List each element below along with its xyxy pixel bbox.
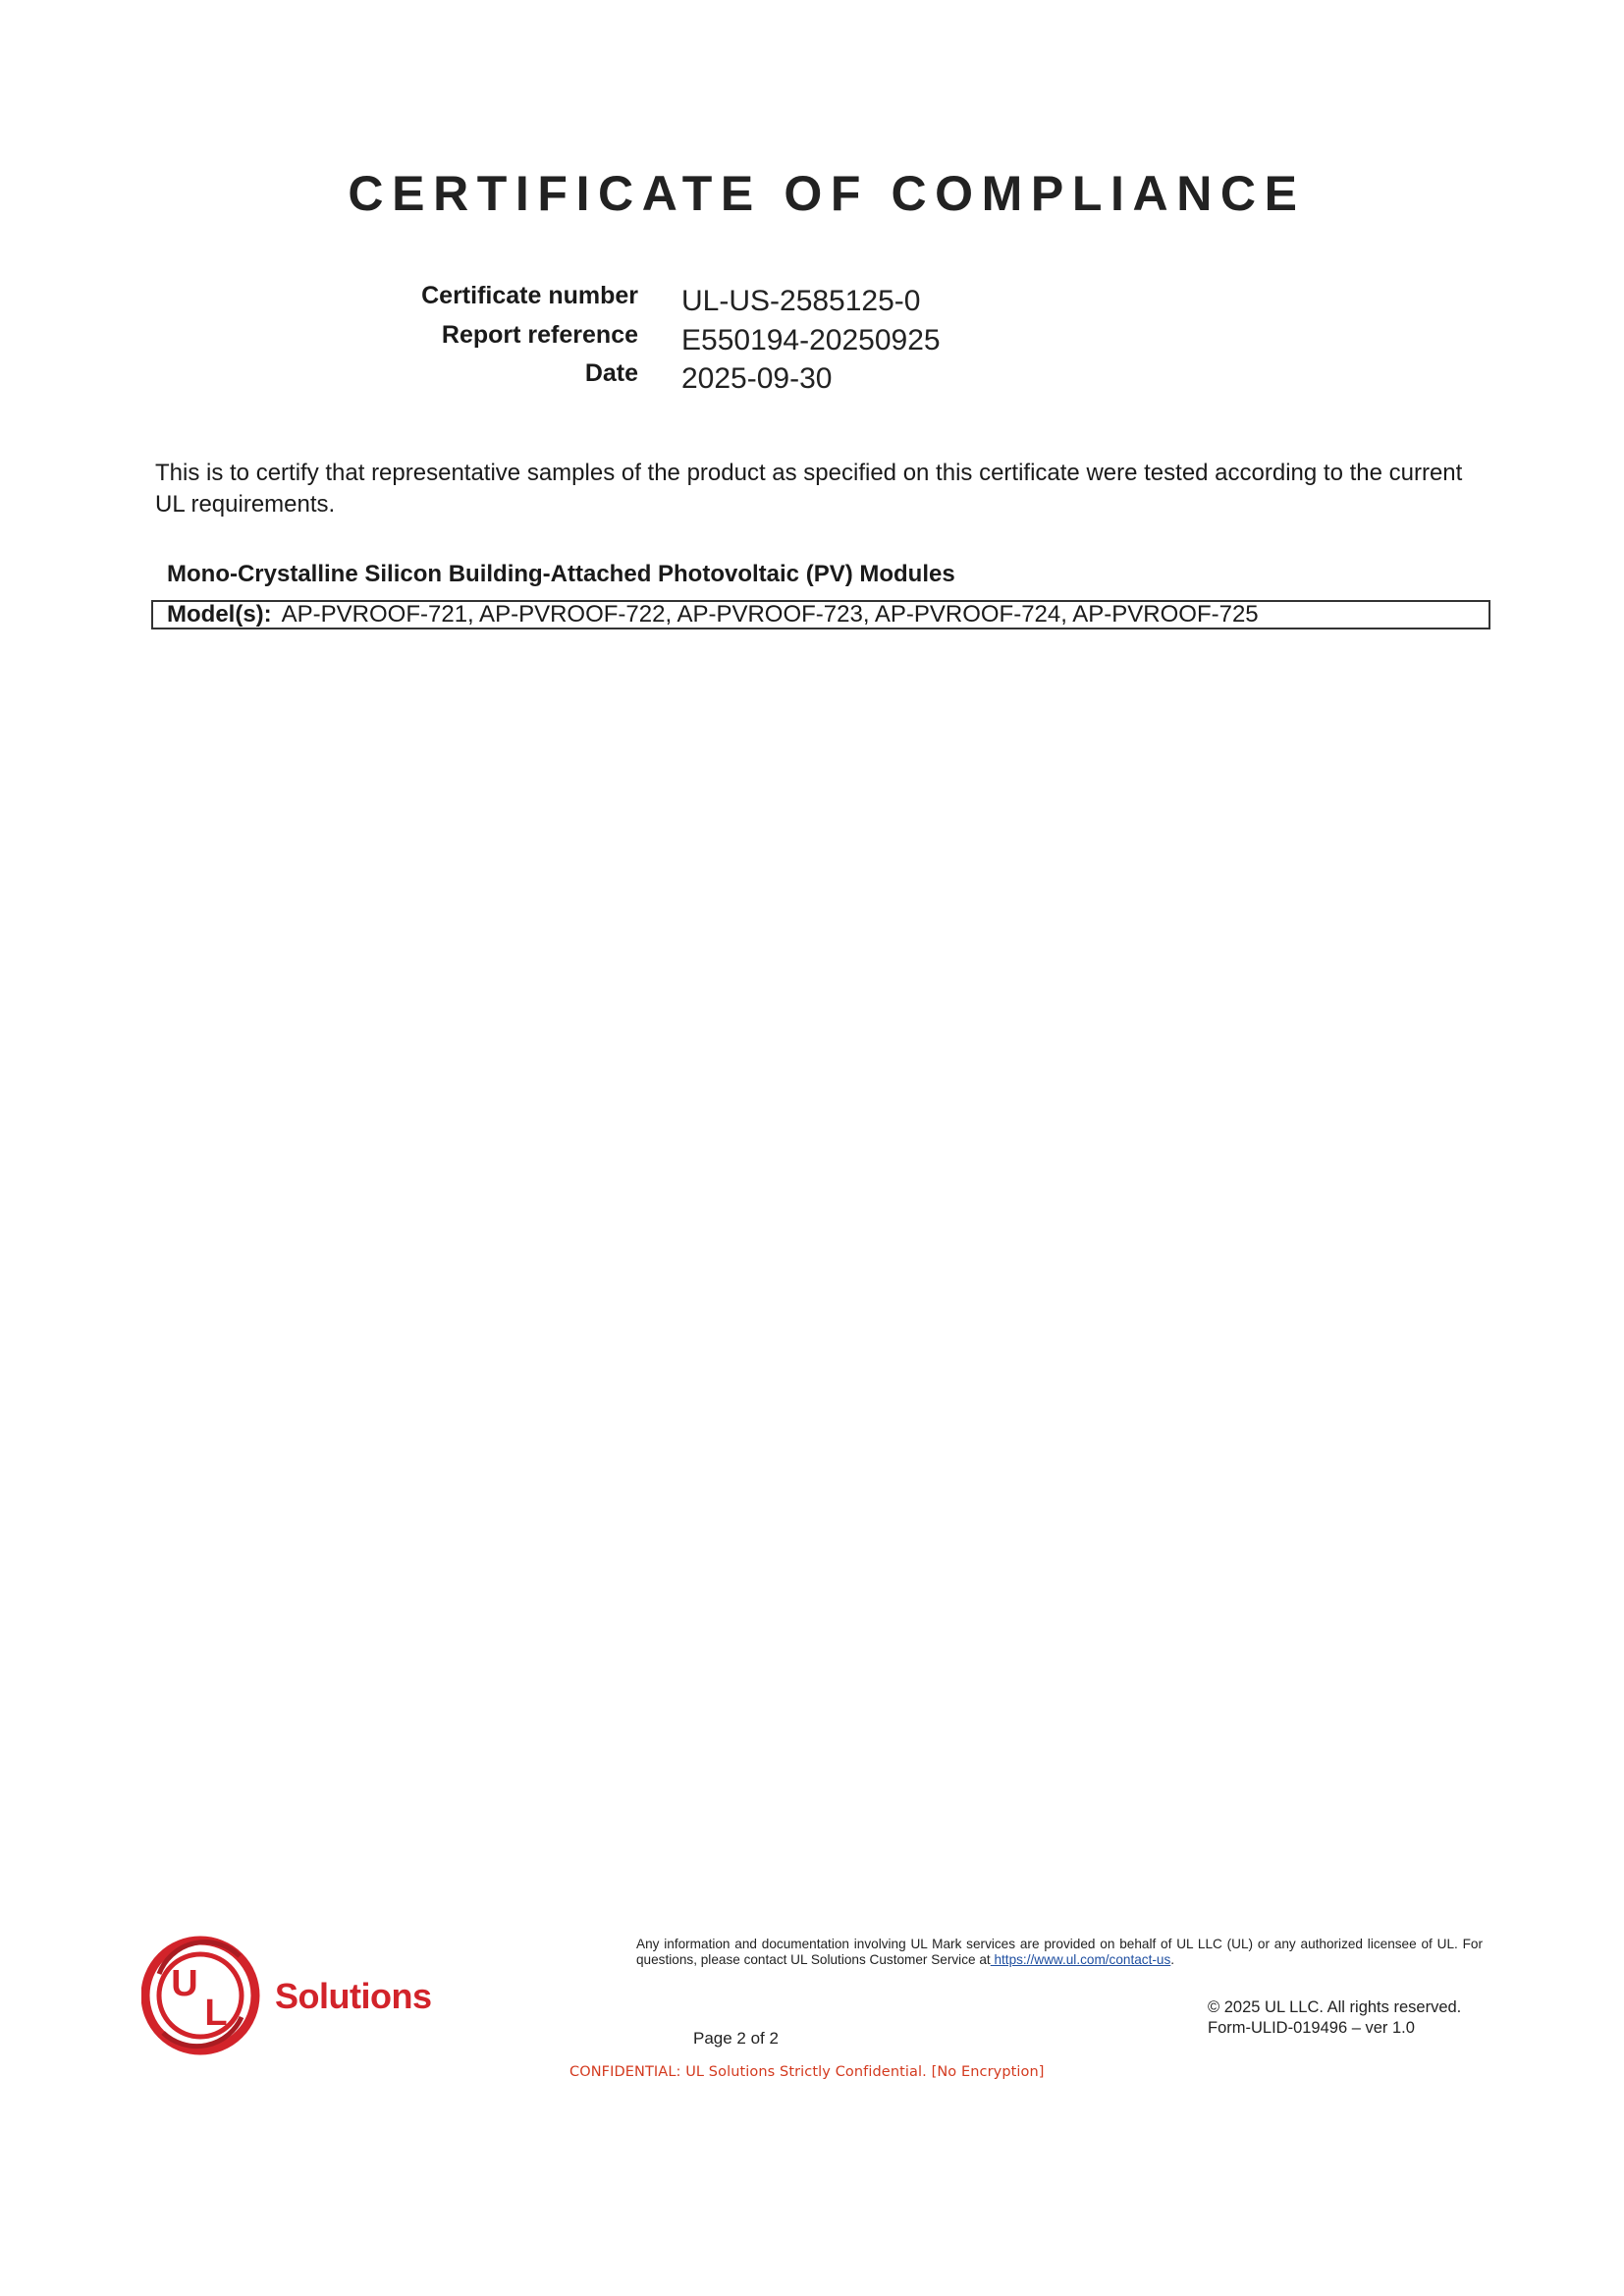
date-value: 2025-09-30 bbox=[681, 362, 832, 396]
disclaimer-period: . bbox=[1170, 1952, 1174, 1967]
svg-text:U: U bbox=[171, 1963, 197, 2004]
form-id: Form-ULID-019496 – ver 1.0 bbox=[1208, 2018, 1461, 2039]
copyright-block: © 2025 UL LLC. All rights reserved. Form… bbox=[1208, 1997, 1461, 2039]
certificate-number-value: UL-US-2585125-0 bbox=[681, 285, 920, 318]
date-label: Date bbox=[393, 359, 638, 388]
models-box: Model(s):AP-PVROOF-721, AP-PVROOF-722, A… bbox=[151, 600, 1490, 629]
report-reference-label: Report reference bbox=[393, 321, 638, 350]
copyright-text: © 2025 UL LLC. All rights reserved. bbox=[1208, 1997, 1461, 2018]
footer-disclaimer: Any information and documentation involv… bbox=[636, 1937, 1483, 1968]
page-title: CERTIFICATE OF COMPLIANCE bbox=[0, 165, 1624, 222]
confidential-notice: CONFIDENTIAL: UL Solutions Strictly Conf… bbox=[569, 2064, 1045, 2080]
svg-text:L: L bbox=[204, 1993, 227, 2034]
certification-statement: This is to certify that representative s… bbox=[155, 458, 1490, 520]
models-label: Model(s): bbox=[167, 601, 272, 628]
product-heading: Mono-Crystalline Silicon Building-Attach… bbox=[167, 561, 955, 588]
contact-us-link[interactable]: https://www.ul.com/contact-us bbox=[991, 1952, 1171, 1967]
page-number: Page 2 of 2 bbox=[693, 2029, 779, 2049]
models-list: AP-PVROOF-721, AP-PVROOF-722, AP-PVROOF-… bbox=[282, 601, 1259, 628]
report-reference-value: E550194-20250925 bbox=[681, 324, 941, 357]
certificate-number-label: Certificate number bbox=[393, 282, 638, 310]
logo-brand-text: Solutions bbox=[275, 1976, 432, 2017]
